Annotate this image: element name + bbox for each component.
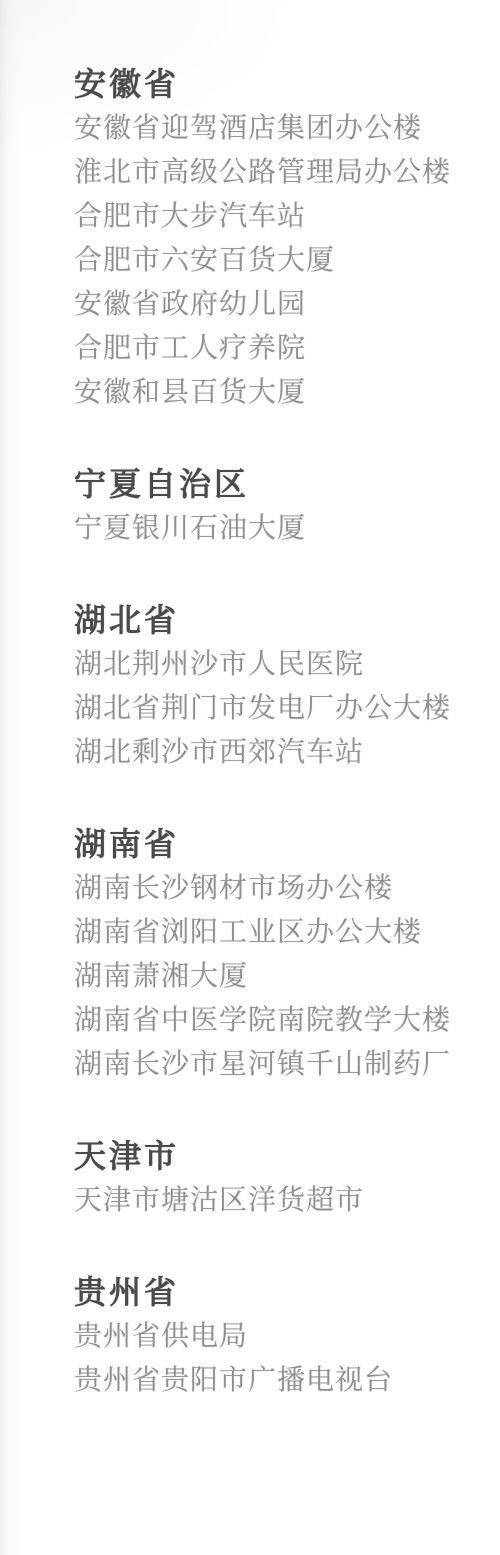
province-title: 湖南省 (74, 822, 472, 866)
province-title: 湖北省 (74, 598, 472, 642)
province-title: 天津市 (74, 1134, 472, 1178)
building-list-item: 湖南长沙钢材市场办公楼 (74, 866, 472, 910)
building-list-item: 贵州省贵阳市广播电视台 (74, 1358, 472, 1402)
province-section-hubei: 湖北省 湖北荆州沙市人民医院 湖北省荆门市发电厂办公大楼 湖北剩沙市西郊汽车站 (74, 598, 472, 774)
province-section-tianjin: 天津市 天津市塘沽区洋货超市 (74, 1134, 472, 1222)
province-title: 安徽省 (74, 62, 472, 106)
building-list-item: 湖北剩沙市西郊汽车站 (74, 730, 472, 774)
building-list-item: 合肥市工人疗养院 (74, 326, 472, 370)
building-list-item: 合肥市六安百货大厦 (74, 238, 472, 282)
building-list-item: 宁夏银川石油大厦 (74, 506, 472, 550)
province-title: 贵州省 (74, 1270, 472, 1314)
building-list-item: 贵州省供电局 (74, 1314, 472, 1358)
building-list-item: 湖北省荆门市发电厂办公大楼 (74, 686, 472, 730)
scanned-document-page: 安徽省 安徽省迎驾酒店集团办公楼 淮北市高级公路管理局办公楼 合肥市大步汽车站 … (0, 0, 500, 1555)
province-section-guizhou: 贵州省 贵州省供电局 贵州省贵阳市广播电视台 (74, 1270, 472, 1402)
building-list-item: 湖北荆州沙市人民医院 (74, 642, 472, 686)
province-section-anhui: 安徽省 安徽省迎驾酒店集团办公楼 淮北市高级公路管理局办公楼 合肥市大步汽车站 … (74, 62, 472, 414)
building-list-item: 安徽省政府幼儿园 (74, 282, 472, 326)
building-list-item: 湖南萧湘大厦 (74, 954, 472, 998)
building-list-item: 湖南省中医学院南院教学大楼 (74, 998, 472, 1042)
building-list-item: 安徽省迎驾酒店集团办公楼 (74, 106, 472, 150)
building-list-item: 湖南长沙市星河镇千山制药厂 (74, 1042, 472, 1086)
building-list-item: 合肥市大步汽车站 (74, 194, 472, 238)
province-section-hunan: 湖南省 湖南长沙钢材市场办公楼 湖南省浏阳工业区办公大楼 湖南萧湘大厦 湖南省中… (74, 822, 472, 1086)
building-list-item: 湖南省浏阳工业区办公大楼 (74, 910, 472, 954)
building-list-item: 淮北市高级公路管理局办公楼 (74, 150, 472, 194)
province-section-ningxia: 宁夏自治区 宁夏银川石油大厦 (74, 462, 472, 550)
building-list-item: 安徽和县百货大厦 (74, 370, 472, 414)
building-list-item: 天津市塘沽区洋货超市 (74, 1178, 472, 1222)
province-title: 宁夏自治区 (74, 462, 472, 506)
